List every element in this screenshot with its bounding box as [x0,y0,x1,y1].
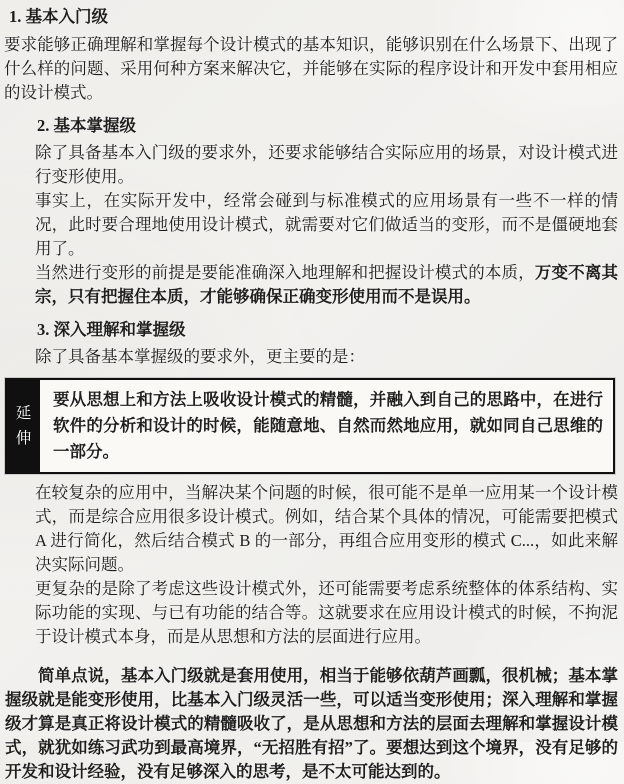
extension-callout-box: 延伸 要从思想上和方法上吸收设计模式的精髓，并融入到自己的思路中，在进行软件的分… [5,378,615,474]
paragraph-system-architecture: 更复杂的是除了考虑这些设计模式外，还可能需要考虑系统整体的体系结构、实际功能的实… [35,577,618,649]
extension-label-text: 延伸 [16,401,32,451]
paragraph-real-development: 事实上，在实际开发中，经常会碰到与标准模式的应用场景有一些不一样的情况，此时要合… [35,189,618,261]
heading-deep-understanding-level: 3. 深入理解和掌握级 [37,318,618,342]
paragraph-deep-level-intro: 除了具备基本掌握级的要求外，更主要的是： [35,345,618,369]
paragraph-deformation-normal-run: 当然进行变形的前提是要能准确深入地理解和把握设计模式的本质， [35,263,535,282]
heading-basic-entry-level: 1. 基本入门级 [9,5,618,29]
extension-callout-text: 要从思想上和方法上吸收设计模式的精髓，并融入到自己的思路中，在进行软件的分析和设… [40,380,613,472]
heading-basic-mastery-level: 2. 基本掌握级 [37,114,618,138]
extension-label: 延伸 [7,380,40,472]
paragraph-deformation-premise: 当然进行变形的前提是要能准确深入地理解和把握设计模式的本质，万变不离其宗，只有把… [35,261,618,309]
section-basic-mastery: 2. 基本掌握级 除了具备基本入门级的要求外，还要求能够结合实际应用的场景，对设… [35,114,618,369]
section-deep-understanding-body: 在较复杂的应用中，当解决某个问题的时候，很可能不是单一应用某一个设计模式，而是综… [35,481,618,649]
paragraph-mastery-requirement: 除了具备基本入门级的要求外，还要求能够结合实际应用的场景，对设计模式进行变形使用… [35,141,618,189]
book-page: 1. 基本入门级 要求能够正确理解和掌握每个设计模式的基本知识，能够识别在什么场… [0,0,624,742]
paragraph-complex-application: 在较复杂的应用中，当解决某个问题的时候，很可能不是单一应用某一个设计模式，而是综… [35,481,618,577]
paragraph-entry-level-description: 要求能够正确理解和掌握每个设计模式的基本知识，能够识别在什么场景下、出现了什么样… [4,33,618,105]
paragraph-summary: 简单点说，基本入门级就是套用使用，相当于能够依葫芦画瓢，很机械；基本掌握级就是能… [5,664,618,742]
